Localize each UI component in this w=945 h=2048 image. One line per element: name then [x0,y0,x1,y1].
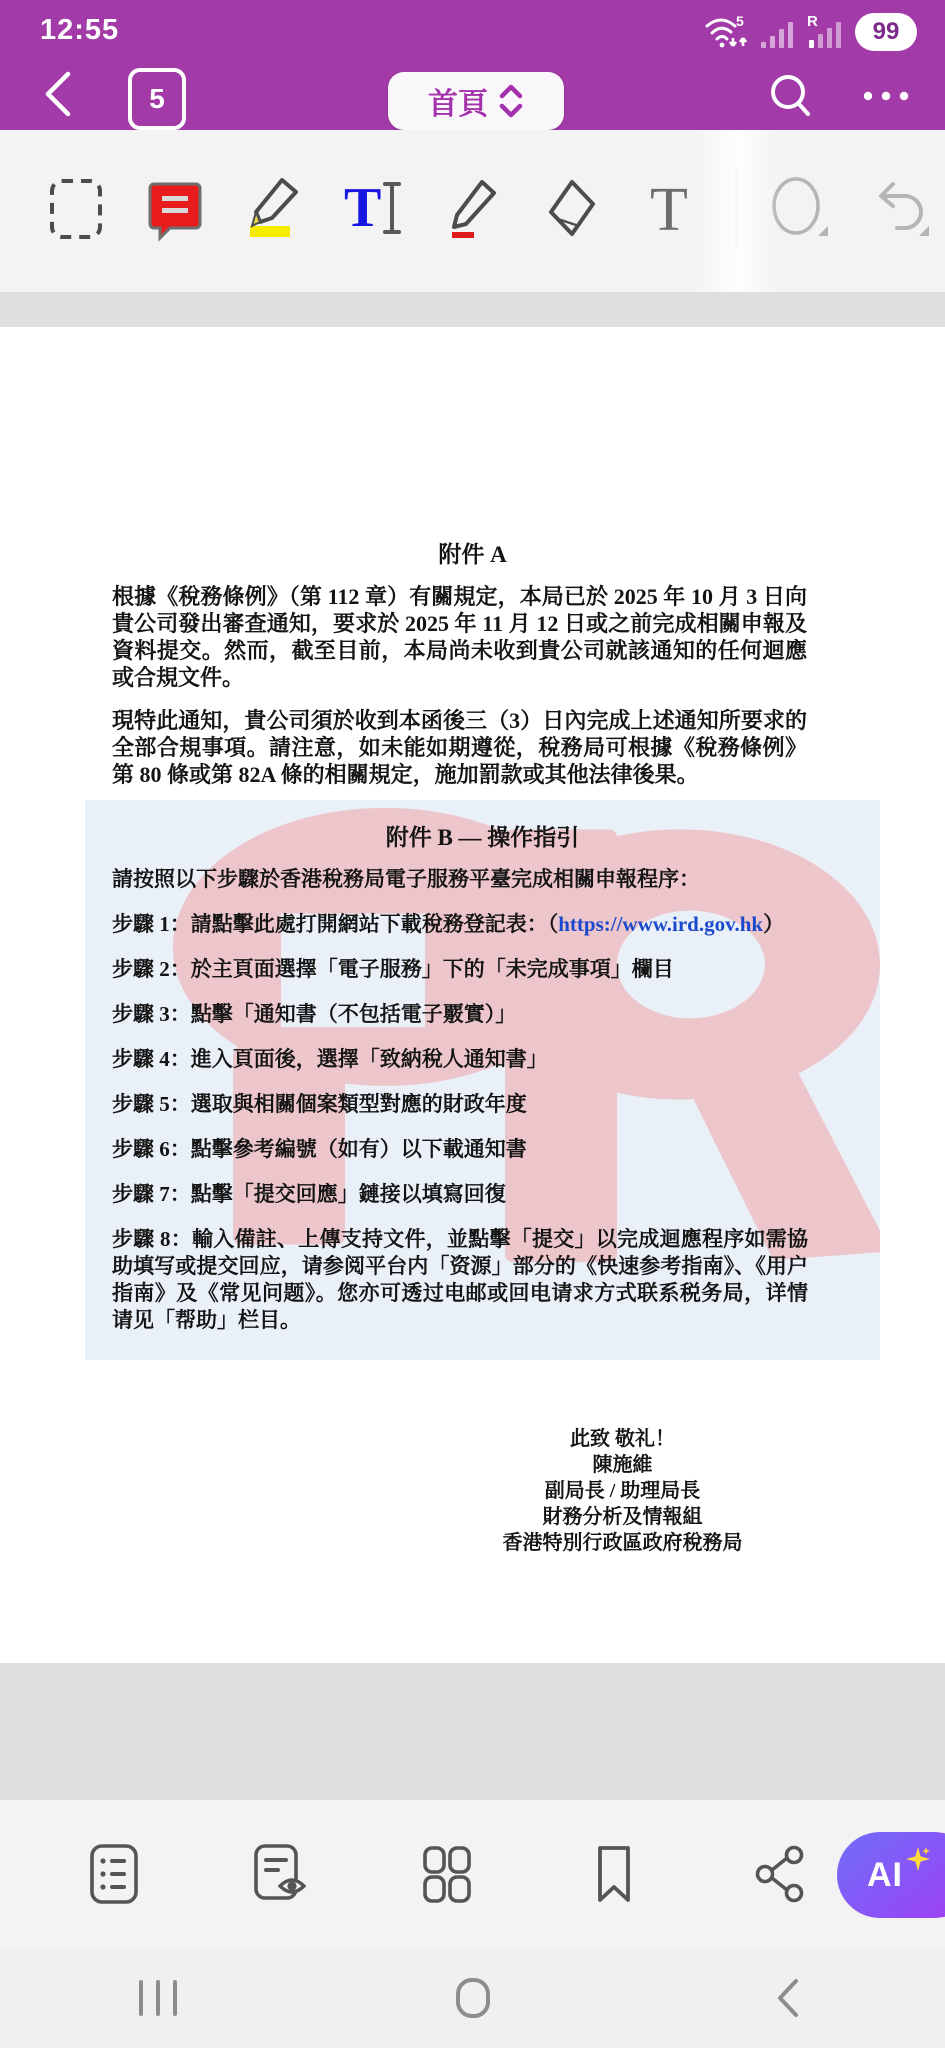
search-icon [762,68,818,124]
back-button[interactable] [36,66,84,122]
outline-list-icon [86,1842,142,1906]
step-item: 步驟 3：點擊「通知書（不包括電子覈實）」 [112,1001,808,1028]
pencil-tool[interactable] [437,161,509,257]
highlighter-tool[interactable] [238,161,310,257]
signature-line: 此致 敬礼！ [450,1426,795,1452]
battery-indicator: 99 [855,13,917,51]
recents-icon [133,1976,183,2020]
ai-assistant-button[interactable]: AI [837,1832,945,1918]
step-item: 步驟 6：點擊參考編號（如有）以下載通知書 [112,1136,808,1163]
eraser-tool[interactable] [536,161,608,257]
attachment-b-box: 附件 B — 操作指引 請按照以下步驟於香港稅務局電子服務平臺完成相關申報程序：… [85,800,880,1360]
status-bar: 12:55 5 [0,0,945,58]
reading-mode-button[interactable] [229,1814,333,1934]
document-title-label: 首頁 [428,79,488,123]
page-number-button[interactable]: 5 [128,68,186,130]
step-item: 步驟 2：於主頁面選擇「電子服務」下的「未完成事項」欄目 [112,956,808,983]
signature-line: 財務分析及情報組 [450,1504,795,1530]
reading-mode-icon [250,1842,312,1906]
svg-text:5: 5 [736,13,744,29]
attachment-a-title: 附件 A [0,327,945,569]
document-page[interactable]: 附件 A 根據《稅務條例》（第 112 章）有關規定，本局已於 2025 年 1… [0,327,945,1663]
android-back-icon [768,1975,808,2021]
annotation-toolbar: T T [0,130,945,292]
page-number-label: 5 [149,83,165,115]
app-header: 12:55 5 [0,0,945,130]
bookmark-button[interactable] [562,1814,666,1934]
comment-icon [146,176,204,242]
share-icon [752,1842,808,1906]
letter-paragraph: 根據《稅務條例》（第 112 章）有關規定，本局已於 2025 年 10 月 3… [112,583,807,691]
clock: 12:55 [40,14,119,47]
recents-button[interactable] [0,1948,315,2048]
marquee-select-tool[interactable] [40,161,112,257]
undo-icon [867,174,931,244]
attachment-b-intro: 請按照以下步驟於香港稅務局電子服務平臺完成相關申報程序： [112,866,808,893]
share-button[interactable] [728,1814,832,1934]
signature-block: 此致 敬礼！陳施維副局長 / 助理局長財務分析及情報組香港特別行政區政府稅務局 [450,1426,795,1556]
signature-line: 陳施維 [450,1452,795,1478]
more-options-button[interactable] [856,68,916,124]
android-back-button[interactable] [630,1948,945,2048]
attachment-b-title: 附件 B — 操作指引 [112,824,853,852]
undo-tool[interactable] [863,161,935,257]
letter-paragraph: 現特此通知，貴公司須於收到本函後三（3）日內完成上述通知所要求的全部合規事項。請… [112,707,807,788]
highlighter-icon [242,174,306,244]
pencil-icon [442,174,504,244]
signal-bars-icon [759,12,795,52]
step-text: ） [763,912,784,936]
page-gutter-top [0,292,945,327]
svg-text:T: T [344,177,381,239]
svg-text:T: T [650,176,688,244]
back-chevron-icon [48,74,68,114]
attachment-b-steps: 步驟 1：請點擊此處打開網站下載稅務登記表：（https://www.ird.g… [112,911,808,1334]
roaming-signal-icon: R [805,12,845,52]
ai-label: AI [867,1856,903,1895]
home-icon [450,1975,496,2021]
page-gutter-bottom [0,1663,945,1800]
step-item: 步驟 7：點擊「提交回應」鏈接以填寫回復 [112,1181,808,1208]
text-highlight-icon: T [342,174,406,244]
android-navigation-bar [0,1948,945,2048]
step-item: 步驟 5：選取與相關個案類型對應的財政年度 [112,1091,808,1118]
network-type-label: R [807,13,818,30]
comment-tool[interactable] [139,161,211,257]
step-item: 步驟 8：輸入備註、上傳支持文件，並點擊「提交」以完成迴應程序如需協助填写或提交… [112,1226,808,1334]
step-item: 步驟 4：進入頁面後，選擇「致納稅人通知書」 [112,1046,808,1073]
more-dots-icon [860,89,912,103]
toolbar-fade-overlay [690,130,780,292]
eraser-icon [543,176,601,242]
sparkle-icon [905,1846,931,1872]
signature-line: 副局長 / 助理局長 [450,1478,795,1504]
text-highlight-tool[interactable]: T [338,161,410,257]
viewer-toolbar: AI [0,1800,945,1948]
wifi-icon: 5 [703,12,749,52]
step-text: 步驟 1：請點擊此處打開網站下載稅務登記表：（ [112,912,558,936]
navigation-bar: 5 首頁 [0,58,945,130]
home-button[interactable] [315,1948,630,2048]
step-item: 步驟 1：請點擊此處打開網站下載稅務登記表：（https://www.ird.g… [112,911,808,938]
page-thumbnails-button[interactable] [395,1814,499,1934]
ird-website-link[interactable]: https://www.ird.gov.hk [558,912,763,936]
attachment-a-paragraphs: 根據《稅務條例》（第 112 章）有關規定，本局已於 2025 年 10 月 3… [0,583,945,788]
marquee-select-icon [47,176,105,242]
signature-line: 香港特別行政區政府稅務局 [450,1530,795,1556]
document-title-dropdown[interactable]: 首頁 [388,72,564,130]
outline-list-button[interactable] [62,1814,166,1934]
thumbnails-grid-icon [419,1842,475,1906]
search-button[interactable] [762,68,818,124]
bookmark-icon [590,1842,638,1906]
chevron-up-down-icon [498,82,524,120]
